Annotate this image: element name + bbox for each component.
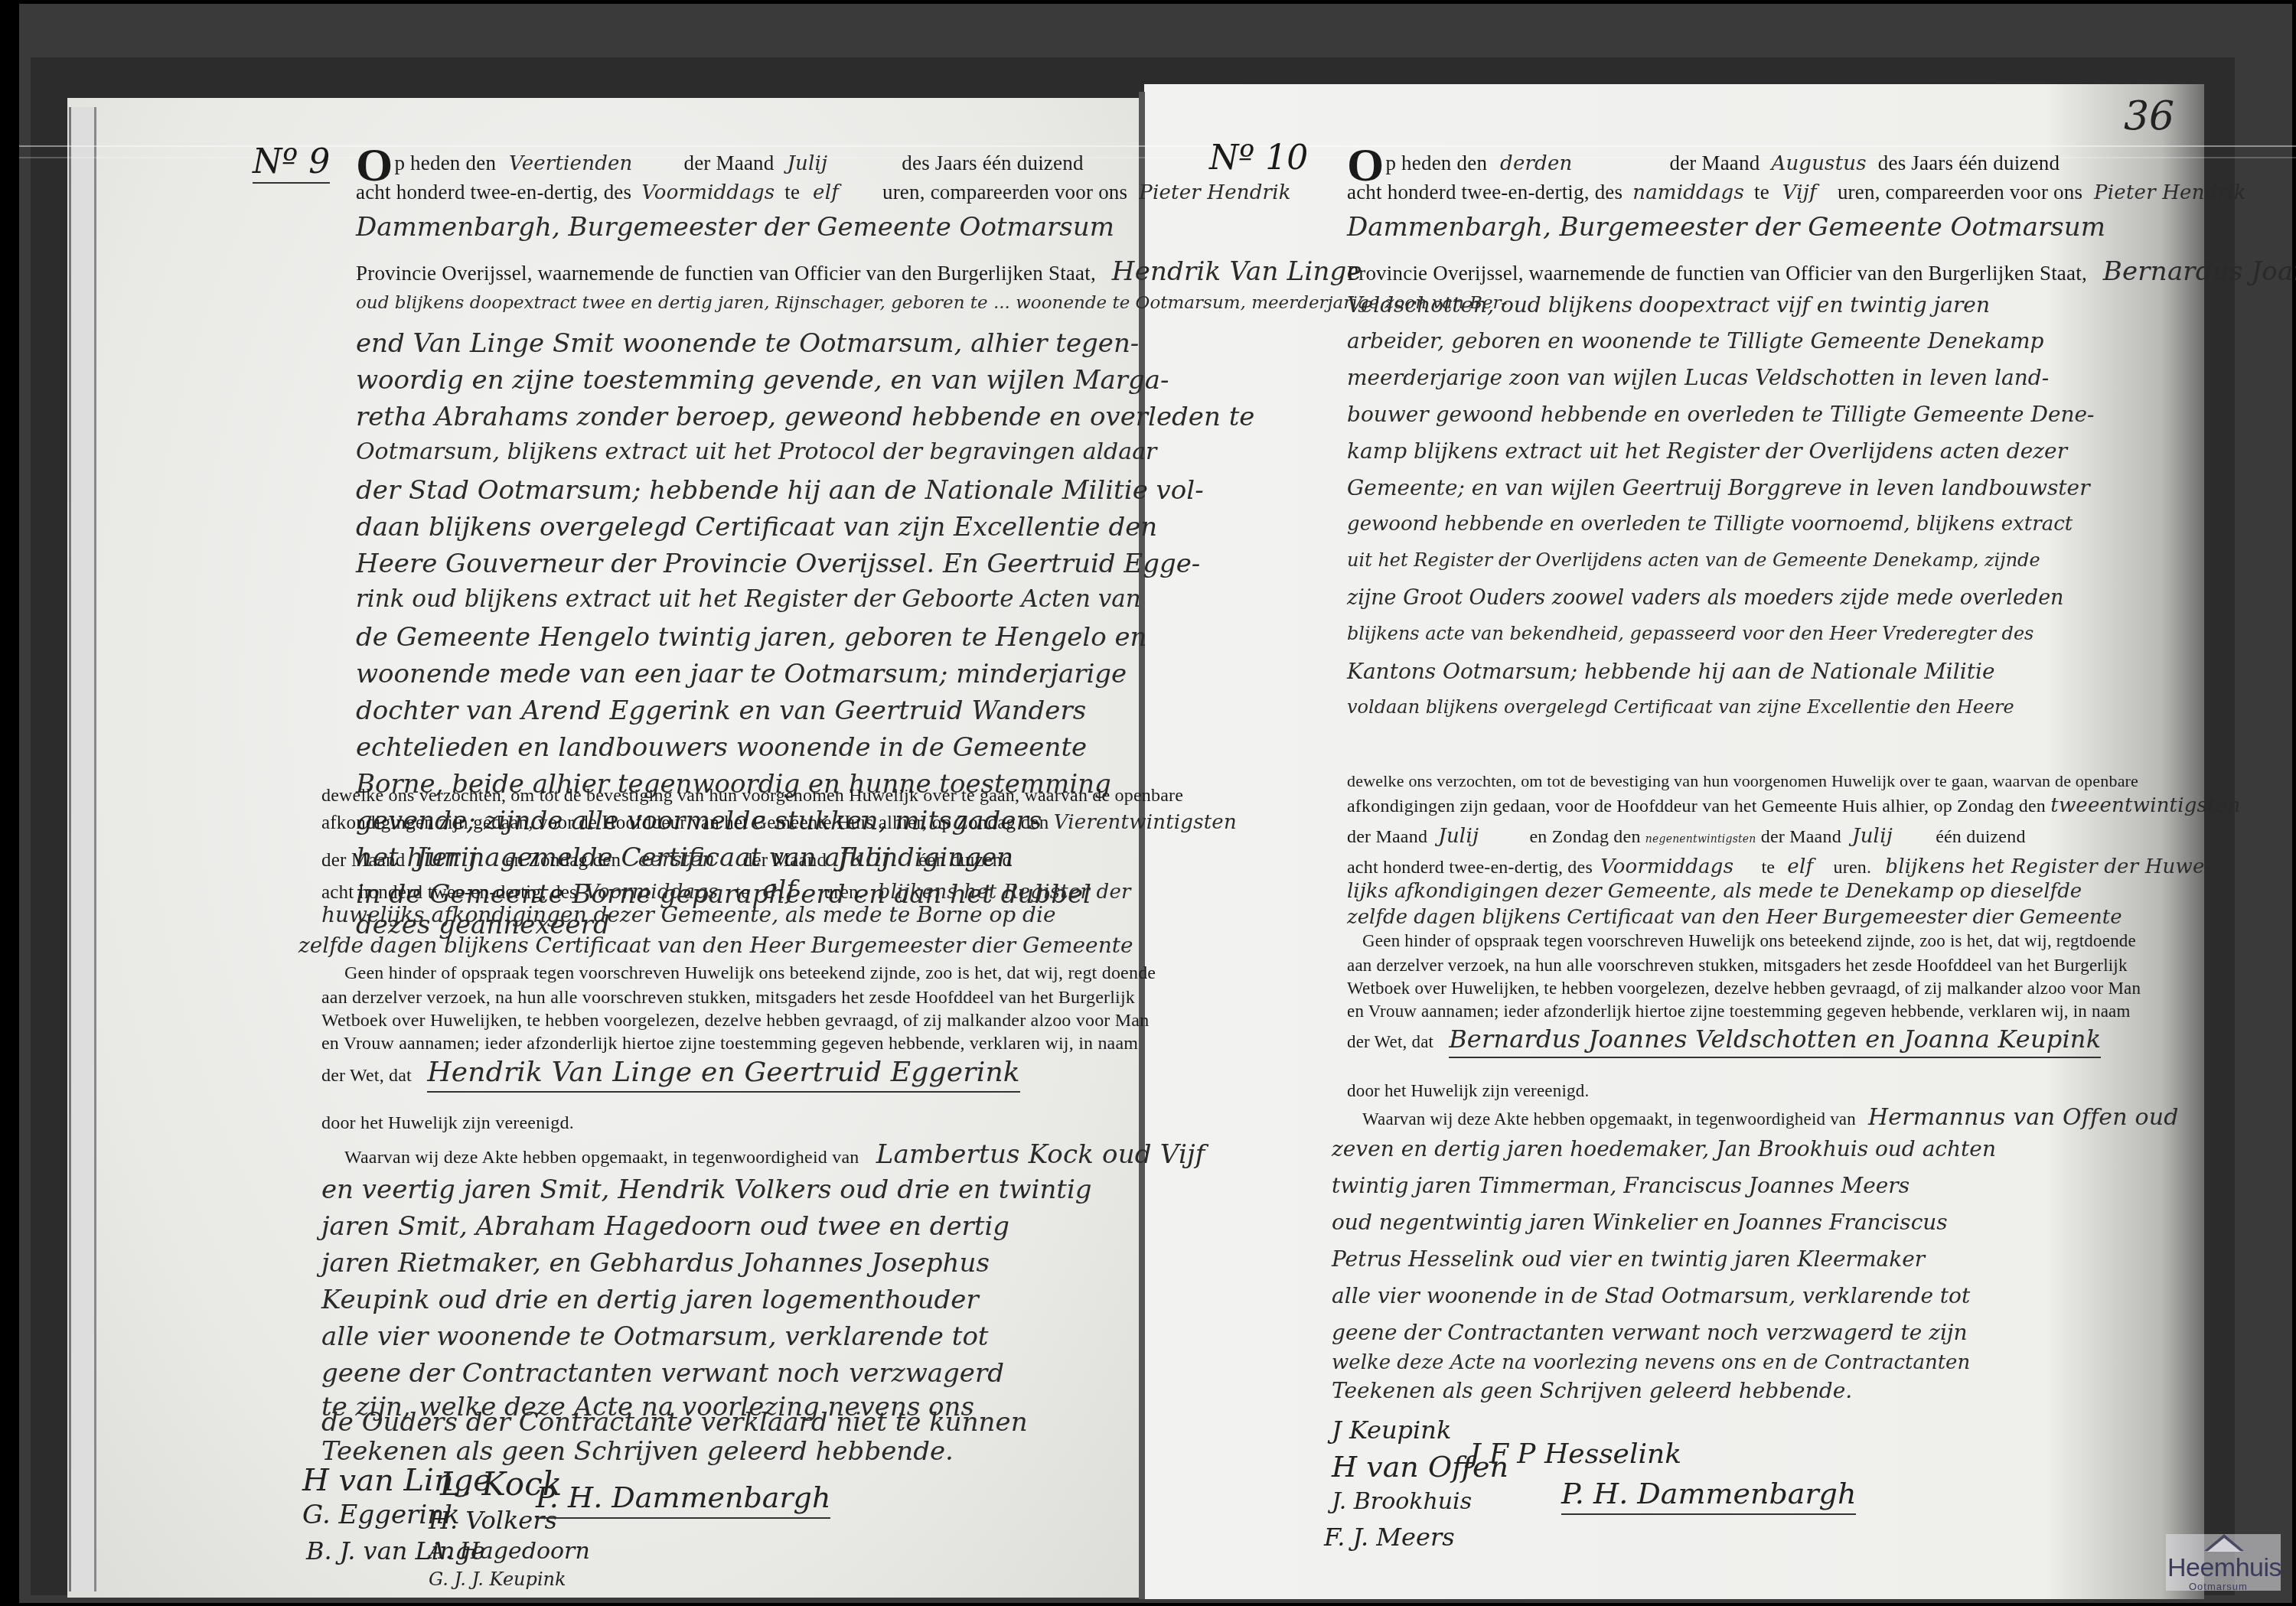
handwritten-line: oud negentwintig jaren Winkelier en Joan… — [1332, 1212, 1948, 1233]
book-spine — [1139, 92, 1145, 1599]
folio-number: 36 — [2124, 93, 2174, 139]
signature: J Keupink — [1332, 1415, 1451, 1445]
printed-text: uren. — [1834, 858, 1872, 878]
handwritten-line: woonende mede van een jaar te Ootmarsum;… — [356, 661, 1127, 687]
handwritten-date: Vierentwintigsten — [1054, 811, 1237, 834]
handwritten-daypart: Voormiddags — [641, 181, 775, 204]
handwritten-hour: Vijf — [1782, 181, 1817, 204]
handwritten-line: retha Abrahams zonder beroep, geweond he… — [356, 404, 1254, 430]
request-line-1: dewelke ons verzochten, om tot de bevest… — [321, 787, 1183, 805]
handwritten-line: jaren Smit, Abraham Hagedoorn oud twee e… — [321, 1213, 1009, 1240]
printed-text: uren, compareerden voor ons — [882, 181, 1127, 204]
handwritten-line: der Stad Ootmarsum; hebbende hij aan de … — [356, 477, 1204, 503]
time-line: acht honderd twee-en-dertig, des namidda… — [1347, 182, 2246, 203]
handwritten-hour: elf — [762, 875, 796, 905]
printed-text: acht honderd twee-en-dertig, des — [356, 181, 631, 204]
declaration-line-6: door het Huwelijk zijn vereenigd. — [321, 1114, 574, 1132]
handwritten-line: daan blijkens overgelegd Certificaat van… — [356, 514, 1157, 540]
act-number: Nº 9 — [253, 145, 330, 184]
handwritten-line: gewoond hebbende en overleden te Tilligt… — [1347, 514, 2073, 534]
handwritten-line: Gemeente; en van wijlen Geertruij Borggr… — [1347, 477, 2090, 499]
printed-text: acht honderd twee-en-dertig, des — [1347, 858, 1593, 878]
declaration-line-2: aan derzelver verzoek, na hun alle voors… — [1347, 956, 2128, 974]
handwritten-line: Ootmarsum, blijkens extract uit het Prot… — [356, 441, 1156, 464]
printed-text: der Maand — [683, 151, 774, 174]
printed-text: uren, compareerden voor ons — [1838, 181, 2082, 204]
handwritten-line: alle vier woonende in de Stad Ootmarsum,… — [1332, 1285, 1970, 1307]
handwritten-witness: Hermannus van Offen oud — [1868, 1104, 2179, 1131]
handwritten-groom: Hendrik Van Linge — [1112, 256, 1362, 287]
handwritten-line: Kantons Ootmarsum; hebbende hij aan de N… — [1347, 661, 1995, 682]
printed-text: afkondigingen zijn gedaan, voor de Hoofd… — [321, 813, 1049, 833]
handwritten-month: Julij — [1852, 825, 1893, 848]
page-stack-edge — [69, 107, 96, 1591]
handwritten-line: Dammenbargh, Burgemeester der Gemeente O… — [356, 214, 1114, 240]
province-line: Provincie Overijssel, waarnemende de fun… — [356, 259, 1362, 285]
handwritten-witness: Lambertus Kock oud Vijf — [876, 1139, 1205, 1170]
printed-text: één duizend — [1936, 827, 2025, 847]
handwritten-line: echtelieden en landbouwers woonende in d… — [356, 735, 1087, 761]
signature: G. J. J. Keupink — [429, 1569, 566, 1590]
watermark-subtitle: Ootmarsum — [2189, 1581, 2248, 1592]
printed-text: p heden den — [1385, 151, 1492, 174]
handwritten-line: blijkens acte van bekendheid, gepasseerd… — [1347, 624, 2033, 643]
handwritten-official: Pieter Hendrik — [2094, 181, 2245, 204]
handwritten-line: de Gemeente Hengelo twintig jaren, gebor… — [356, 624, 1147, 650]
request-line-3: der Maand Junij en Zondag den eersten de… — [321, 845, 1012, 871]
printed-text: acht honderd twee-en-dertig, des — [321, 882, 577, 903]
request-line-2: afkondigingen zijn gedaan, voor de Hoofd… — [321, 813, 1237, 832]
handwritten-line: uit het Register der Overlijdens acten v… — [1347, 551, 2040, 569]
printed-text: der Maand — [321, 850, 405, 871]
handwritten-daypart: namiddags — [1632, 181, 1744, 204]
province-line: Provincie Overijssel, waarnemende de fun… — [1347, 259, 2296, 285]
printed-text: Provincie Overijssel, waarnemende de fun… — [1347, 262, 2087, 285]
handwritten-hour: elf — [813, 181, 839, 204]
printed-text: te — [1754, 181, 1769, 204]
handwritten-day: derden — [1500, 152, 1572, 175]
witness-line: Waarvan wij deze Akte hebben opgemaakt, … — [344, 1142, 1205, 1168]
printed-text: der Maand — [1761, 827, 1841, 847]
handwritten-line: kamp blijkens extract uit het Register d… — [1347, 441, 2067, 462]
handwritten-line: Veldschotten, oud blijkens doopextract v… — [1347, 295, 1990, 316]
handwritten-line: zelfde dagen blijkens Certificaat van de… — [298, 935, 1133, 956]
watermark-title: Heemhuis — [2167, 1553, 2281, 1583]
handwritten-official: Pieter Hendrik — [1139, 181, 1290, 204]
handwritten-line: Dammenbargh, Burgemeester der Gemeente O… — [1347, 214, 2105, 240]
handwritten-line: Teekenen als geen Schrijven geleerd hebb… — [1332, 1380, 1852, 1402]
printed-text: der Maand — [1347, 827, 1427, 847]
handwritten-month: Augustus — [1771, 152, 1866, 175]
request-line-3: der Maand Julij en Zondag den negenentwi… — [1347, 826, 2026, 846]
handwritten-line: Keupink oud drie en dertig jaren logemen… — [321, 1287, 979, 1313]
printed-text: der Maand — [743, 850, 827, 871]
declaration-line-5: der Wet, dat Bernardus Joannes Veldschot… — [1347, 1027, 2101, 1051]
printed-text: des Jaars één duizend — [902, 151, 1083, 174]
request-line-4: acht honderd twee-en-dertig, des Voormid… — [321, 877, 1131, 903]
handwritten-line: Heere Gouverneur der Provincie Overijsse… — [356, 551, 1200, 577]
house-roof-icon-inner — [2207, 1538, 2241, 1552]
handwritten-line: Teekenen als geen Schrijven geleerd hebb… — [321, 1438, 954, 1464]
handwritten-line: zijne Groot Ouders zoowel vaders als moe… — [1347, 588, 2064, 608]
printed-text: en Zondag den — [1529, 827, 1640, 847]
printed-text: afkondigingen zijn gedaan, voor de Hoofd… — [1347, 796, 2046, 816]
printed-text: te — [735, 882, 749, 903]
printed-text: Waarvan wij deze Akte hebben opgemaakt, … — [1362, 1109, 1856, 1129]
handwritten-daypart: Voormiddags — [585, 881, 719, 904]
declaration-line-2: aan derzelver verzoek, na hun alle voors… — [321, 989, 1135, 1007]
signature: F. J. Meers — [1324, 1523, 1455, 1552]
printed-text: der Maand — [1669, 151, 1760, 174]
declaration-line-3: Wetboek over Huwelijken, te hebben voorg… — [1347, 979, 2141, 997]
handwritten-line: dochter van Arend Eggerink en van Geertr… — [356, 698, 1086, 724]
handwritten-month: Julij — [838, 842, 891, 873]
handwritten-line: woordig en zijne toestemming gevende, en… — [356, 367, 1169, 393]
printed-text: te — [784, 181, 800, 204]
handwritten-note: blijkens het Register der Huwe- — [1885, 855, 2211, 878]
signature: J. Brookhuis — [1332, 1488, 1472, 1515]
handwritten-line: welke deze Acte na voorlezing nevens ons… — [1332, 1353, 1970, 1373]
handwritten-month: Julij — [1438, 825, 1479, 848]
request-line-2: afkondigingen zijn gedaan, voor de Hoofd… — [1347, 796, 2240, 816]
handwritten-line: de Ouders der Contractante verklaard nie… — [321, 1409, 1028, 1435]
handwritten-line: meerderjarige zoon van wijlen Lucas Veld… — [1347, 367, 2049, 389]
handwritten-line: twintig jaren Timmerman, Franciscus Joan… — [1332, 1175, 1910, 1197]
handwritten-line: huwelijks afkondigingen dezer Gemeente, … — [321, 904, 1056, 926]
handwritten-line: bouwer gewoond hebbende en overleden te … — [1347, 404, 2095, 425]
printed-text: der Wet, dat — [1347, 1032, 1433, 1051]
handwritten-line: geene der Contractanten verwant noch ver… — [321, 1360, 1004, 1386]
printed-text: één duizend — [918, 850, 1012, 871]
act-number: Nº 10 — [1209, 142, 1308, 175]
couple-names: Bernardus Joannes Veldschotten en Joanna… — [1449, 1025, 2101, 1058]
handwritten-month: Julij — [787, 152, 827, 175]
handwritten-line: oud blijkens doopextract twee en dertig … — [356, 295, 1507, 312]
handwritten-line: rink oud blijkens extract uit het Regist… — [356, 588, 1141, 611]
handwritten-groom: Bernardus Joannes — [2103, 256, 2296, 287]
printed-text: Provincie Overijssel, waarnemende de fun… — [356, 262, 1096, 285]
printed-text: acht honderd twee-en-dertig, des — [1347, 181, 1623, 204]
signature: A. Hagedoorn — [429, 1538, 590, 1565]
printed-text: der Wet, dat — [321, 1066, 412, 1086]
handwritten-date: tweeentwintigsten — [2050, 794, 2240, 817]
handwritten-note: blijkens het Register der — [878, 881, 1131, 904]
handwritten-line: geene der Contractanten verwant noch ver… — [1332, 1322, 1968, 1344]
handwritten-day: eersten — [638, 849, 716, 871]
printed-text: te — [1761, 858, 1775, 878]
request-line-4: acht honderd twee-en-dertig, des Voormid… — [1347, 857, 2212, 877]
handwritten-day: Veertienden — [509, 152, 632, 175]
declaration-line-1: Geen hinder of opspraak tegen voorschrev… — [344, 964, 1156, 982]
declaration-line-4: en Vrouw aannamen; ieder afzonderlijk hi… — [321, 1034, 1138, 1053]
handwritten-line: arbeider, geboren en woonende te Tilligt… — [1347, 331, 2044, 352]
mayor-signature: P. H. Dammenbargh — [536, 1481, 830, 1519]
handwritten-daypart: Voormiddags — [1600, 855, 1733, 878]
witness-line: Waarvan wij deze Akte hebben opgemaakt, … — [1362, 1106, 2179, 1129]
handwritten-day: negenentwintigsten — [1645, 833, 1756, 845]
declaration-line-5: der Wet, dat Hendrik Van Linge en Geertr… — [321, 1059, 1020, 1086]
time-line: acht honderd twee-en-dertig, des Voormid… — [356, 182, 1291, 203]
request-line-1: dewelke ons verzochten, om tot de bevest… — [1347, 773, 2138, 790]
handwritten-line: end Van Linge Smit woonende te Ootmarsum… — [356, 331, 1139, 357]
handwritten-line: jaren Rietmaker, en Gebhardus Johannes J… — [321, 1250, 990, 1276]
declaration-line-4: en Vrouw aannamen; ieder afzonderlijk hi… — [1347, 1002, 2131, 1020]
printed-text: Waarvan wij deze Akte hebben opgemaakt, … — [344, 1148, 859, 1168]
signature: J F P Hesselink — [1469, 1438, 1681, 1470]
printed-text: en Zondag den — [505, 850, 621, 871]
handwritten-line: lijks afkondigingen dezer Gemeente, als … — [1347, 881, 2082, 901]
handwritten-line: Petrus Hesselink oud vier en twintig jar… — [1332, 1249, 1925, 1270]
declaration-line-3: Wetboek over Huwelijken, te hebben voorg… — [321, 1011, 1149, 1030]
mayor-signature: P. H. Dammenbargh — [1561, 1477, 1856, 1515]
handwritten-line: en veertig jaren Smit, Hendrik Volkers o… — [321, 1177, 1092, 1203]
handwritten-hour: elf — [1787, 855, 1813, 878]
handwritten-line: zelfde dagen blijkens Certificaat van de… — [1347, 907, 2122, 927]
declaration-line-6: door het Huwelijk zijn vereenigd. — [1347, 1082, 1589, 1099]
handwritten-line: zeven en dertig jaren hoedemaker, Jan Br… — [1332, 1139, 1996, 1160]
handwritten-line: alle vier woonende te Ootmarsum, verklar… — [321, 1324, 989, 1350]
printed-text: p heden den — [394, 151, 501, 174]
printed-text: des Jaars één duizend — [1878, 151, 2060, 174]
printed-text: uren. — [824, 882, 864, 903]
handwritten-month: Junij — [416, 842, 478, 873]
handwritten-line: voldaan blijkens overgelegd Certificaat … — [1347, 698, 2014, 716]
couple-names: Hendrik Van Linge en Geertruid Eggerink — [427, 1057, 1020, 1093]
declaration-line-1: Geen hinder of opspraak tegen voorschrev… — [1362, 932, 2136, 950]
